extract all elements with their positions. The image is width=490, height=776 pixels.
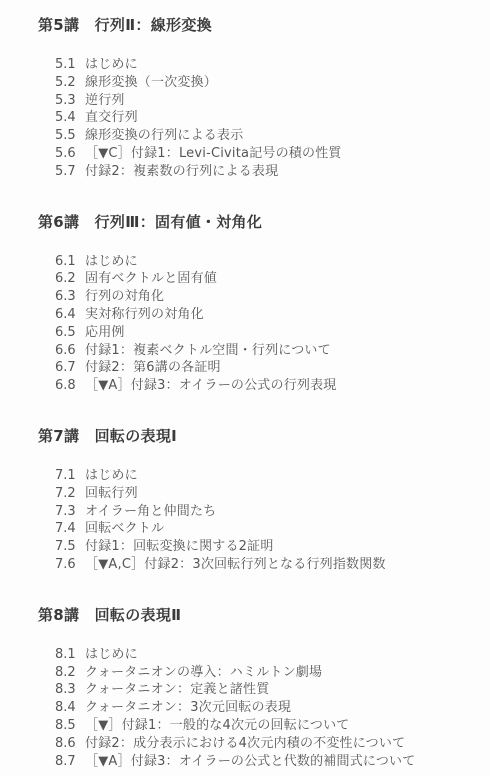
toc-entry-label: 固有ベクトルと固有値: [85, 270, 480, 288]
toc-entry-label: はじめに: [85, 253, 480, 271]
toc-entry[interactable]: 5.3逆行列: [55, 92, 480, 110]
toc-entry[interactable]: 7.6［▼A,C］付録2：3次回転行列となる行列指数関数: [55, 556, 480, 574]
toc-section: 第8講 回転の表現Ⅱ8.1はじめに8.2クォータニオンの導入：ハミルトン劇場8.…: [38, 606, 480, 771]
toc-entry[interactable]: 5.1はじめに: [55, 56, 480, 74]
toc-entry[interactable]: 6.6付録1：複素ベクトル空間・行列について: [55, 342, 480, 360]
toc-entry[interactable]: 5.5線形変換の行列による表示: [55, 127, 480, 145]
toc-entry-number: 7.5: [55, 538, 85, 556]
toc-entry[interactable]: 5.4直交行列: [55, 109, 480, 127]
toc-entry[interactable]: 6.2固有ベクトルと固有値: [55, 270, 480, 288]
section-item-list: 6.1はじめに6.2固有ベクトルと固有値6.3行列の対角化6.4実対称行列の対角…: [38, 253, 480, 395]
toc-entry-number: 5.4: [55, 109, 85, 127]
toc-entry-number: 5.6: [55, 145, 85, 163]
toc-entry-number: 6.8: [55, 377, 85, 395]
toc-entry[interactable]: 8.3クォータニオン：定義と諸性質: [55, 681, 480, 699]
toc-entry[interactable]: 6.3行列の対角化: [55, 288, 480, 306]
toc-entry-label: 付録2：複素数の行列による表現: [85, 163, 480, 181]
section-item-list: 8.1はじめに8.2クォータニオンの導入：ハミルトン劇場8.3クォータニオン：定…: [38, 646, 480, 771]
toc-entry-label: 線形変換（一次変換）: [85, 74, 480, 92]
toc-entry-label: はじめに: [85, 467, 480, 485]
toc-entry[interactable]: 6.8［▼A］付録3：オイラーの公式の行列表現: [55, 377, 480, 395]
toc-entry[interactable]: 8.1はじめに: [55, 646, 480, 664]
toc-entry-label: クォータニオン：3次元回転の表現: [85, 699, 480, 717]
toc-entry-number: 5.5: [55, 127, 85, 145]
toc-entry-label: 付録1：複素ベクトル空間・行列について: [85, 342, 480, 360]
toc-entry-number: 6.7: [55, 359, 85, 377]
toc-entry-number: 7.4: [55, 520, 85, 538]
toc-entry-label: 逆行列: [85, 92, 480, 110]
toc-entry-label: 付録1：回転変換に関する2証明: [85, 538, 480, 556]
toc-entry-label: クォータニオンの導入：ハミルトン劇場: [85, 664, 480, 682]
toc-entry[interactable]: 8.7［▼A］付録3：オイラーの公式と代数的補間式について: [55, 753, 480, 771]
section-heading: 第5講 行列Ⅱ：線形変換: [38, 16, 480, 34]
toc-entry[interactable]: 8.6付録2：成分表示における4次元内積の不変性について: [55, 735, 480, 753]
toc-entry[interactable]: 8.2クォータニオンの導入：ハミルトン劇場: [55, 664, 480, 682]
toc-entry[interactable]: 7.5付録1：回転変換に関する2証明: [55, 538, 480, 556]
toc-entry-label: 行列の対角化: [85, 288, 480, 306]
toc-entry-number: 7.6: [55, 556, 85, 574]
toc-entry-number: 6.3: [55, 288, 85, 306]
toc-entry-label: ［▼C］付録1：Levi-Civita記号の積の性質: [85, 145, 480, 163]
toc-entry-label: はじめに: [85, 646, 480, 664]
toc-entry-label: 直交行列: [85, 109, 480, 127]
toc-entry-label: 回転行列: [85, 485, 480, 503]
toc-entry-number: 5.1: [55, 56, 85, 74]
table-of-contents: 第5講 行列Ⅱ：線形変換5.1はじめに5.2線形変換（一次変換）5.3逆行列5.…: [0, 0, 490, 770]
toc-entry-number: 6.4: [55, 306, 85, 324]
toc-entry-number: 8.4: [55, 699, 85, 717]
toc-entry-label: 付録2：成分表示における4次元内積の不変性について: [85, 735, 480, 753]
toc-entry-label: オイラー角と仲間たち: [85, 503, 480, 521]
toc-entry[interactable]: 6.5応用例: [55, 324, 480, 342]
toc-entry-label: 回転ベクトル: [85, 520, 480, 538]
toc-entry-number: 6.2: [55, 270, 85, 288]
toc-entry[interactable]: 5.6［▼C］付録1：Levi-Civita記号の積の性質: [55, 145, 480, 163]
section-item-list: 5.1はじめに5.2線形変換（一次変換）5.3逆行列5.4直交行列5.5線形変換…: [38, 56, 480, 181]
toc-entry[interactable]: 7.1はじめに: [55, 467, 480, 485]
toc-entry-label: 付録2：第6講の各証明: [85, 359, 480, 377]
toc-entry-number: 5.7: [55, 163, 85, 181]
toc-entry[interactable]: 6.1はじめに: [55, 253, 480, 271]
toc-entry-label: ［▼A,C］付録2：3次回転行列となる行列指数関数: [85, 556, 480, 574]
toc-entry-label: ［▼A］付録3：オイラーの公式と代数的補間式について: [85, 753, 480, 771]
toc-entry[interactable]: 7.4回転ベクトル: [55, 520, 480, 538]
toc-entry[interactable]: 5.7付録2：複素数の行列による表現: [55, 163, 480, 181]
toc-entry-number: 5.3: [55, 92, 85, 110]
toc-entry-number: 6.5: [55, 324, 85, 342]
toc-entry-number: 8.1: [55, 646, 85, 664]
toc-entry-number: 6.1: [55, 253, 85, 271]
section-item-list: 7.1はじめに7.2回転行列7.3オイラー角と仲間たち7.4回転ベクトル7.5付…: [38, 467, 480, 574]
toc-entry-label: はじめに: [85, 56, 480, 74]
section-heading: 第6講 行列Ⅲ：固有値・対角化: [38, 213, 480, 231]
toc-entry-number: 8.6: [55, 735, 85, 753]
toc-section: 第6講 行列Ⅲ：固有値・対角化6.1はじめに6.2固有ベクトルと固有値6.3行列…: [38, 213, 480, 395]
toc-entry-number: 8.3: [55, 681, 85, 699]
toc-entry-number: 8.5: [55, 717, 85, 735]
toc-entry[interactable]: 7.3オイラー角と仲間たち: [55, 503, 480, 521]
toc-entry[interactable]: 8.4クォータニオン：3次元回転の表現: [55, 699, 480, 717]
toc-entry[interactable]: 6.4実対称行列の対角化: [55, 306, 480, 324]
toc-entry-label: ［▼］付録1：一般的な4次元の回転について: [85, 717, 480, 735]
toc-entry-number: 8.2: [55, 664, 85, 682]
toc-entry-label: 線形変換の行列による表示: [85, 127, 480, 145]
toc-entry-label: 応用例: [85, 324, 480, 342]
toc-entry-label: ［▼A］付録3：オイラーの公式の行列表現: [85, 377, 480, 395]
toc-entry-number: 8.7: [55, 753, 85, 771]
toc-entry-number: 5.2: [55, 74, 85, 92]
toc-section: 第7講 回転の表現Ⅰ7.1はじめに7.2回転行列7.3オイラー角と仲間たち7.4…: [38, 427, 480, 574]
section-heading: 第7講 回転の表現Ⅰ: [38, 427, 480, 445]
toc-entry[interactable]: 8.5［▼］付録1：一般的な4次元の回転について: [55, 717, 480, 735]
toc-section: 第5講 行列Ⅱ：線形変換5.1はじめに5.2線形変換（一次変換）5.3逆行列5.…: [38, 16, 480, 181]
section-heading: 第8講 回転の表現Ⅱ: [38, 606, 480, 624]
toc-entry[interactable]: 7.2回転行列: [55, 485, 480, 503]
toc-entry-number: 7.3: [55, 503, 85, 521]
toc-entry-label: クォータニオン：定義と諸性質: [85, 681, 480, 699]
toc-entry[interactable]: 5.2線形変換（一次変換）: [55, 74, 480, 92]
toc-entry-number: 7.1: [55, 467, 85, 485]
toc-entry-label: 実対称行列の対角化: [85, 306, 480, 324]
toc-entry[interactable]: 6.7付録2：第6講の各証明: [55, 359, 480, 377]
toc-entry-number: 7.2: [55, 485, 85, 503]
toc-entry-number: 6.6: [55, 342, 85, 360]
